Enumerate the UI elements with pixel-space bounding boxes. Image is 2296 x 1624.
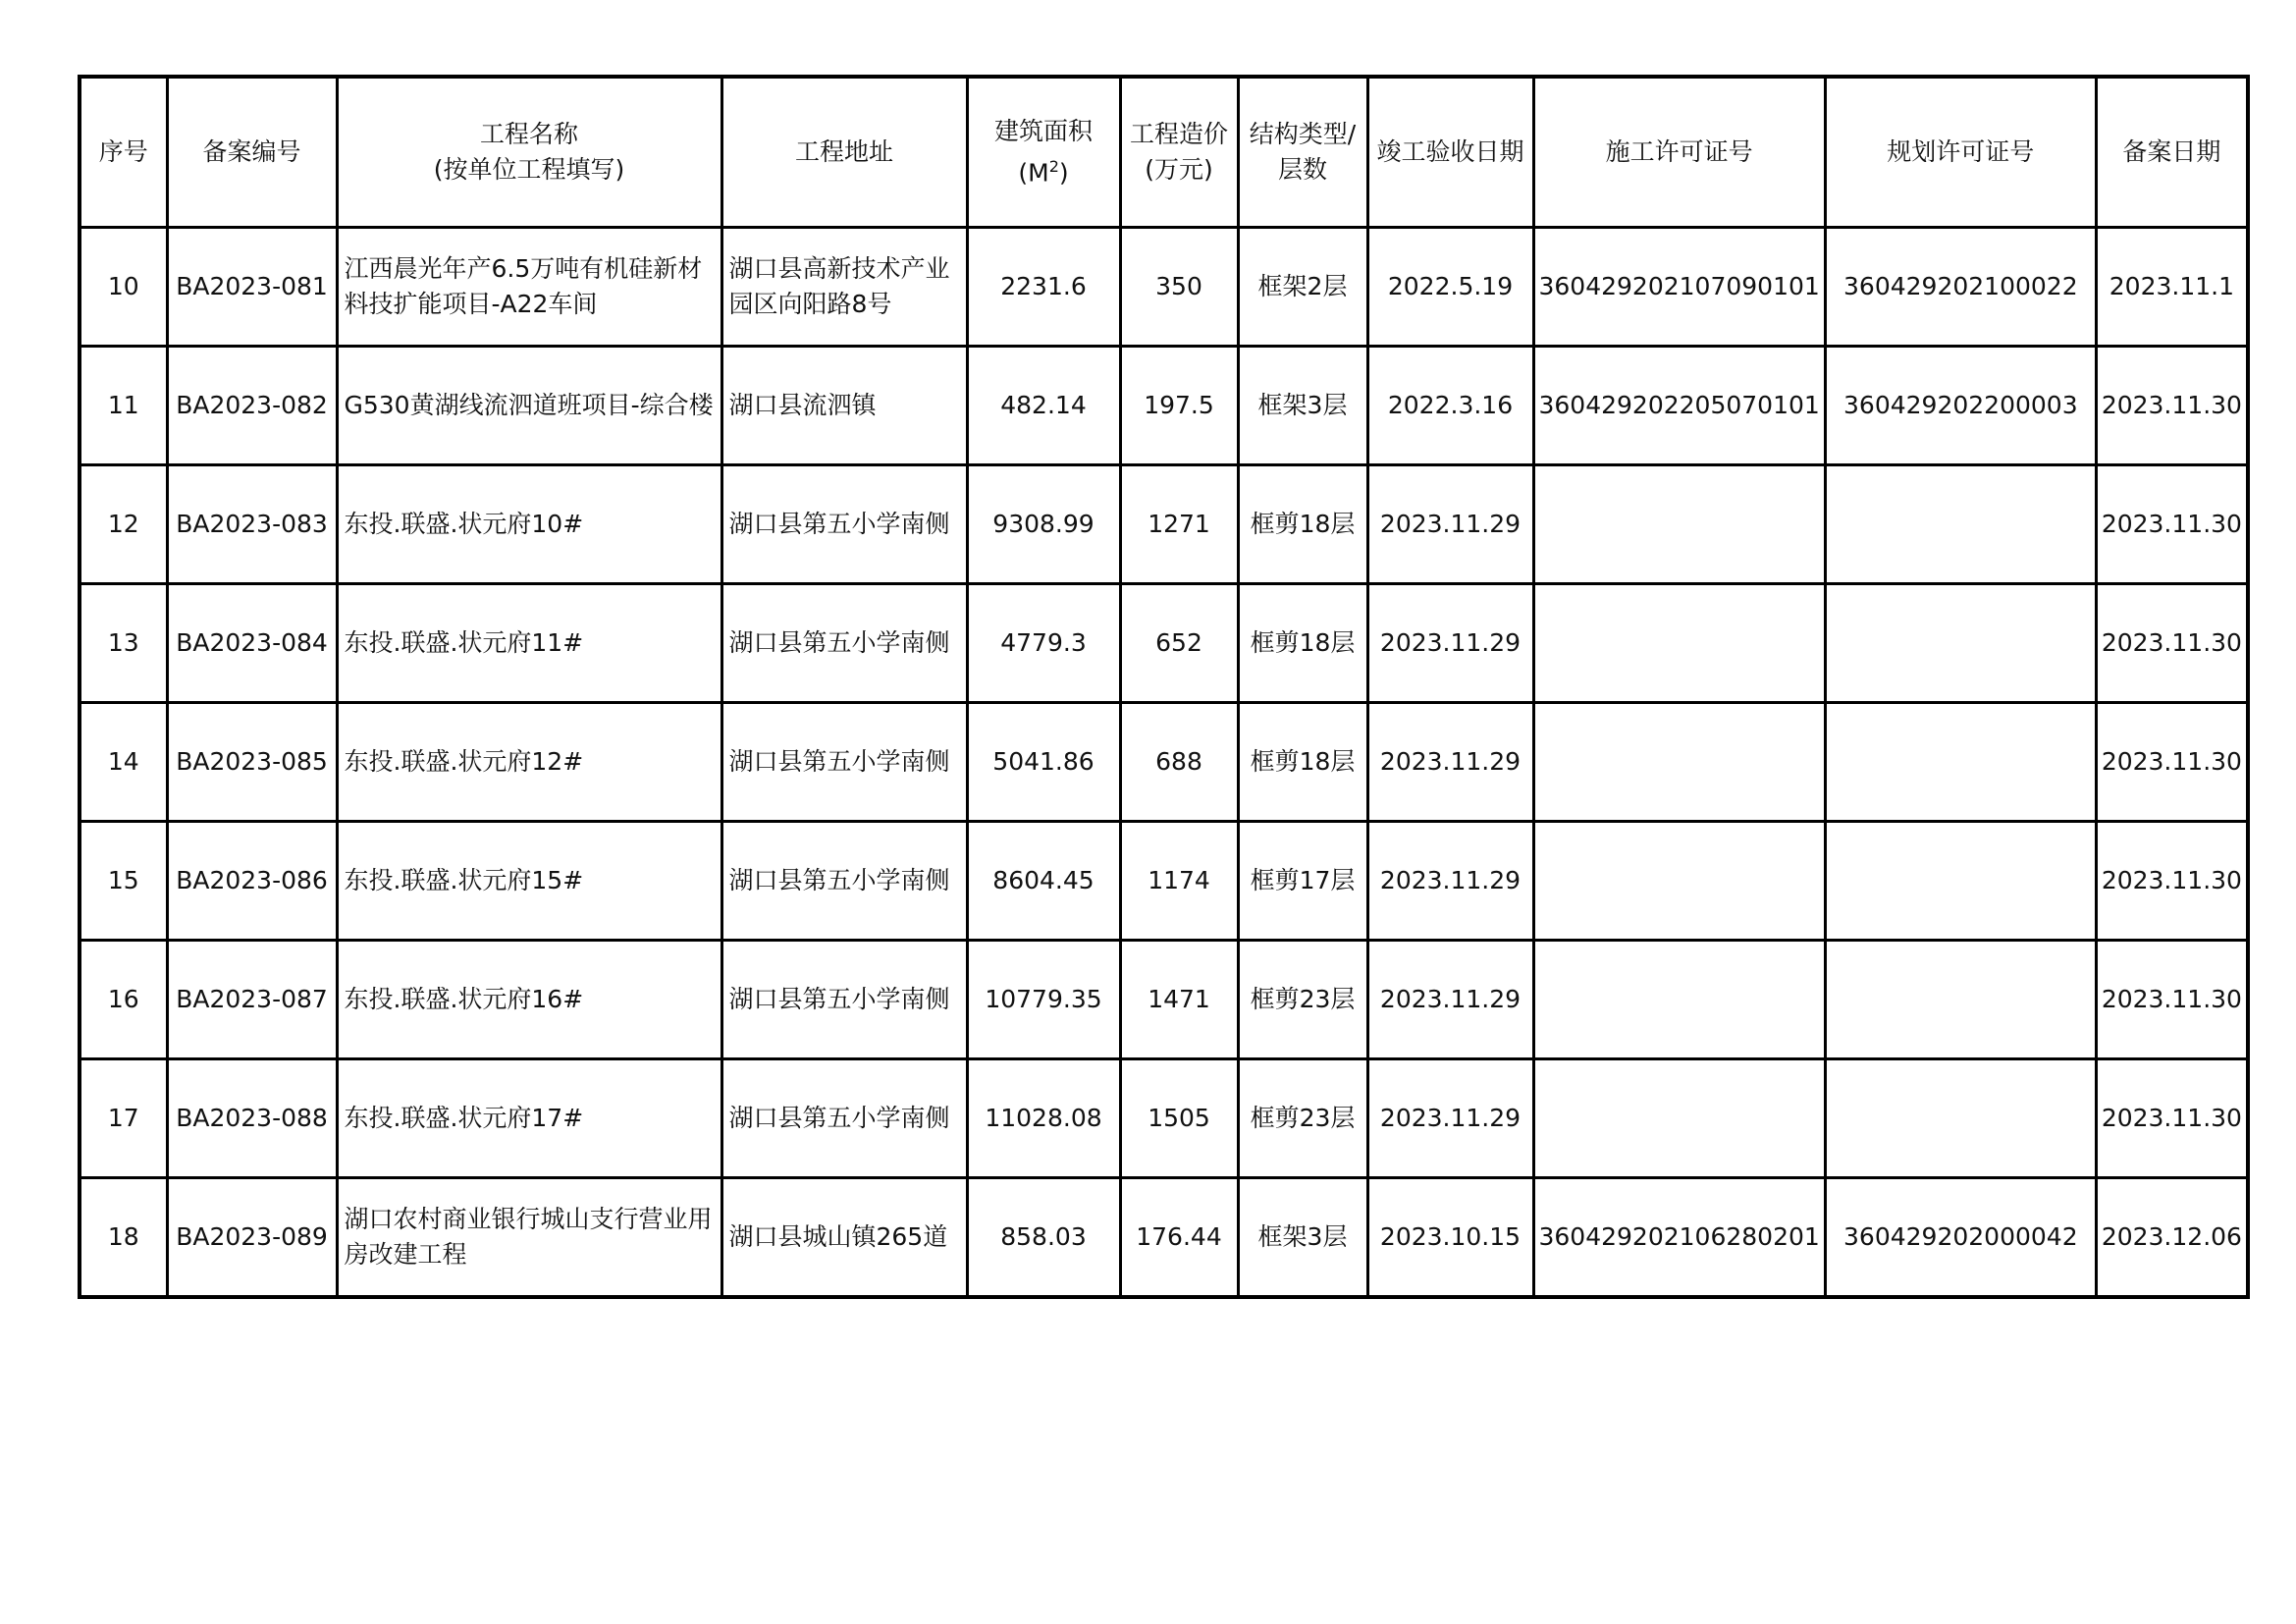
cell-record-id: BA2023-088: [167, 1059, 337, 1178]
cell-structure: 框剪17层: [1238, 822, 1367, 941]
cell-area: 10779.35: [967, 941, 1120, 1059]
cell-area: 11028.08: [967, 1059, 1120, 1178]
header-label: 工程地址: [795, 137, 893, 166]
cell-no: 10: [80, 228, 167, 347]
cell-planning-permit: 360429202200003: [1825, 347, 2096, 465]
cell-record-id: BA2023-086: [167, 822, 337, 941]
cell-planning-permit: [1825, 941, 2096, 1059]
cell-record-date: 2023.12.06: [2096, 1178, 2248, 1298]
cell-planning-permit: 360429202100022: [1825, 228, 2096, 347]
cell-record-id: BA2023-089: [167, 1178, 337, 1298]
table-row: 12BA2023-083东投.联盛.状元府10#湖口县第五小学南侧9308.99…: [80, 465, 2248, 584]
cell-construction-permit: [1533, 941, 1825, 1059]
header-label: 序号: [99, 137, 148, 166]
cell-area: 5041.86: [967, 703, 1120, 822]
cell-area: 8604.45: [967, 822, 1120, 941]
cell-planning-permit: [1825, 703, 2096, 822]
cell-record-id: BA2023-085: [167, 703, 337, 822]
cell-structure: 框架3层: [1238, 1178, 1367, 1298]
cell-planning-permit: [1825, 584, 2096, 703]
cell-area: 858.03: [967, 1178, 1120, 1298]
cell-address: 湖口县第五小学南侧: [721, 584, 967, 703]
cell-address: 湖口县城山镇265道: [721, 1178, 967, 1298]
cell-structure: 框剪23层: [1238, 1059, 1367, 1178]
col-header-project-name: 工程名称(按单位工程填写): [337, 77, 721, 228]
cell-project-name: 东投.联盛.状元府12#: [337, 703, 721, 822]
cell-construction-permit: [1533, 822, 1825, 941]
cell-construction-permit: 360429202205070101: [1533, 347, 1825, 465]
cell-area: 482.14: [967, 347, 1120, 465]
cell-project-name: 东投.联盛.状元府11#: [337, 584, 721, 703]
cell-record-id: BA2023-087: [167, 941, 337, 1059]
cell-structure: 框剪18层: [1238, 465, 1367, 584]
cell-planning-permit: [1825, 1059, 2096, 1178]
cell-record-id: BA2023-081: [167, 228, 337, 347]
cell-construction-permit: 360429202106280201: [1533, 1178, 1825, 1298]
cell-record-id: BA2023-082: [167, 347, 337, 465]
cell-address: 湖口县第五小学南侧: [721, 1059, 967, 1178]
cell-record-date: 2023.11.1: [2096, 228, 2248, 347]
cell-record-date: 2023.11.30: [2096, 1059, 2248, 1178]
cell-address: 湖口县高新技术产业园区向阳路8号: [721, 228, 967, 347]
cell-completion-date: 2023.11.29: [1367, 941, 1533, 1059]
header-label: 备案编号: [202, 137, 300, 166]
header-label: 结构类型/: [1250, 120, 1356, 148]
cell-completion-date: 2023.11.29: [1367, 465, 1533, 584]
table-body: 10BA2023-081江西晨光年产6.5万吨有机硅新材料技扩能项目-A22车间…: [80, 228, 2248, 1298]
cell-project-name: 东投.联盛.状元府15#: [337, 822, 721, 941]
cell-no: 18: [80, 1178, 167, 1298]
cell-structure: 框架3层: [1238, 347, 1367, 465]
header-label: 备案日期: [2122, 137, 2220, 166]
cell-cost: 1271: [1120, 465, 1238, 584]
cell-no: 11: [80, 347, 167, 465]
col-header-record-id: 备案编号: [167, 77, 337, 228]
cell-cost: 176.44: [1120, 1178, 1238, 1298]
cell-no: 15: [80, 822, 167, 941]
cell-no: 13: [80, 584, 167, 703]
cell-record-date: 2023.11.30: [2096, 465, 2248, 584]
table-row: 14BA2023-085东投.联盛.状元府12#湖口县第五小学南侧5041.86…: [80, 703, 2248, 822]
cell-construction-permit: [1533, 1059, 1825, 1178]
cell-record-date: 2023.11.30: [2096, 347, 2248, 465]
col-header-address: 工程地址: [721, 77, 967, 228]
completion-record-table: 序号备案编号工程名称(按单位工程填写)工程地址建筑面积(M2)工程造价(万元)结…: [78, 75, 2250, 1299]
cell-area: 9308.99: [967, 465, 1120, 584]
col-header-construction-permit: 施工许可证号: [1533, 77, 1825, 228]
cell-construction-permit: [1533, 584, 1825, 703]
cell-completion-date: 2023.11.29: [1367, 1059, 1533, 1178]
cell-structure: 框剪23层: [1238, 941, 1367, 1059]
cell-cost: 688: [1120, 703, 1238, 822]
cell-completion-date: 2023.11.29: [1367, 584, 1533, 703]
cell-address: 湖口县流泗镇: [721, 347, 967, 465]
cell-planning-permit: [1825, 465, 2096, 584]
cell-structure: 框剪18层: [1238, 584, 1367, 703]
col-header-no: 序号: [80, 77, 167, 228]
table-row: 16BA2023-087东投.联盛.状元府16#湖口县第五小学南侧10779.3…: [80, 941, 2248, 1059]
cell-cost: 1505: [1120, 1059, 1238, 1178]
cell-record-id: BA2023-084: [167, 584, 337, 703]
cell-area: 2231.6: [967, 228, 1120, 347]
col-header-completion-date: 竣工验收日期: [1367, 77, 1533, 228]
cell-record-date: 2023.11.30: [2096, 703, 2248, 822]
cell-cost: 350: [1120, 228, 1238, 347]
cell-structure: 框架2层: [1238, 228, 1367, 347]
header-row: 序号备案编号工程名称(按单位工程填写)工程地址建筑面积(M2)工程造价(万元)结…: [80, 77, 2248, 228]
header-label: 施工许可证号: [1606, 137, 1753, 166]
table-row: 10BA2023-081江西晨光年产6.5万吨有机硅新材料技扩能项目-A22车间…: [80, 228, 2248, 347]
cell-no: 16: [80, 941, 167, 1059]
cell-no: 14: [80, 703, 167, 822]
col-header-cost: 工程造价(万元): [1120, 77, 1238, 228]
cell-cost: 1174: [1120, 822, 1238, 941]
cell-completion-date: 2023.11.29: [1367, 703, 1533, 822]
cell-address: 湖口县第五小学南侧: [721, 941, 967, 1059]
cell-completion-date: 2022.3.16: [1367, 347, 1533, 465]
cell-planning-permit: 360429202000042: [1825, 1178, 2096, 1298]
cell-structure: 框剪18层: [1238, 703, 1367, 822]
cell-project-name: 东投.联盛.状元府10#: [337, 465, 721, 584]
col-header-area: 建筑面积(M2): [967, 77, 1120, 228]
cell-record-date: 2023.11.30: [2096, 584, 2248, 703]
table-row: 15BA2023-086东投.联盛.状元府15#湖口县第五小学南侧8604.45…: [80, 822, 2248, 941]
cell-address: 湖口县第五小学南侧: [721, 822, 967, 941]
cell-project-name: 东投.联盛.状元府17#: [337, 1059, 721, 1178]
table-row: 17BA2023-088东投.联盛.状元府17#湖口县第五小学南侧11028.0…: [80, 1059, 2248, 1178]
cell-completion-date: 2022.5.19: [1367, 228, 1533, 347]
header-label: 竣工验收日期: [1376, 137, 1523, 166]
table-row: 11BA2023-082G530黄湖线流泗道班项目-综合楼湖口县流泗镇482.1…: [80, 347, 2248, 465]
cell-completion-date: 2023.10.15: [1367, 1178, 1533, 1298]
cell-address: 湖口县第五小学南侧: [721, 703, 967, 822]
col-header-planning-permit: 规划许可证号: [1825, 77, 2096, 228]
cell-cost: 197.5: [1120, 347, 1238, 465]
col-header-structure: 结构类型/层数: [1238, 77, 1367, 228]
cell-construction-permit: [1533, 703, 1825, 822]
table-row: 18BA2023-089湖口农村商业银行城山支行营业用房改建工程湖口县城山镇26…: [80, 1178, 2248, 1298]
cell-no: 17: [80, 1059, 167, 1178]
cell-address: 湖口县第五小学南侧: [721, 465, 967, 584]
cell-project-name: 江西晨光年产6.5万吨有机硅新材料技扩能项目-A22车间: [337, 228, 721, 347]
cell-record-date: 2023.11.30: [2096, 822, 2248, 941]
col-header-record-date: 备案日期: [2096, 77, 2248, 228]
header-sublabel: (按单位工程填写): [343, 152, 717, 188]
header-sublabel: 层数: [1244, 152, 1362, 188]
cell-area: 4779.3: [967, 584, 1120, 703]
cell-record-date: 2023.11.30: [2096, 941, 2248, 1059]
header-label: 工程造价: [1130, 120, 1228, 148]
cell-project-name: G530黄湖线流泗道班项目-综合楼: [337, 347, 721, 465]
cell-construction-permit: [1533, 465, 1825, 584]
cell-cost: 1471: [1120, 941, 1238, 1059]
cell-record-id: BA2023-083: [167, 465, 337, 584]
table-row: 13BA2023-084东投.联盛.状元府11#湖口县第五小学南侧4779.36…: [80, 584, 2248, 703]
header-label: 规划许可证号: [1887, 137, 2034, 166]
cell-planning-permit: [1825, 822, 2096, 941]
header-sublabel: (万元): [1126, 152, 1233, 188]
cell-completion-date: 2023.11.29: [1367, 822, 1533, 941]
cell-cost: 652: [1120, 584, 1238, 703]
cell-no: 12: [80, 465, 167, 584]
cell-project-name: 东投.联盛.状元府16#: [337, 941, 721, 1059]
header-label: 建筑面积: [994, 117, 1093, 145]
header-label: 工程名称: [480, 120, 578, 148]
cell-project-name: 湖口农村商业银行城山支行营业用房改建工程: [337, 1178, 721, 1298]
header-sublabel: (M2): [973, 149, 1115, 190]
cell-construction-permit: 360429202107090101: [1533, 228, 1825, 347]
